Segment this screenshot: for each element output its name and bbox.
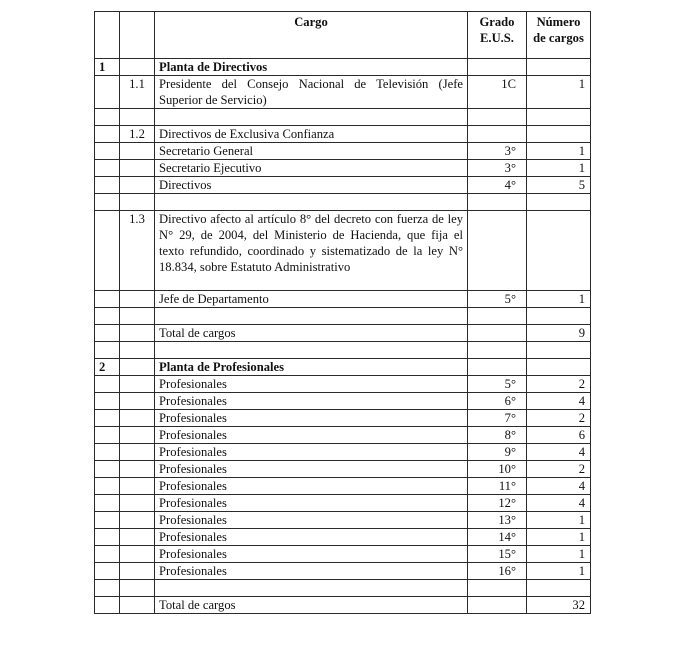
header-numero-cargos: Número de cargos	[527, 12, 591, 59]
numero-cell: 1	[527, 563, 591, 580]
cargo-cell: Profesionales	[155, 529, 468, 546]
numero-cell: 4	[527, 478, 591, 495]
cargo-cell: Profesionales	[155, 563, 468, 580]
numero-cell: 1	[527, 546, 591, 563]
grado-cell: 13°	[468, 512, 527, 529]
grado-cell: 16°	[468, 563, 527, 580]
cargo-cell: Profesionales	[155, 376, 468, 393]
document-page: Cargo Grado E.U.S. Número de cargos 1 Pl…	[94, 11, 591, 614]
blank-row	[95, 342, 591, 359]
section-number: 1	[95, 59, 120, 76]
cargo-cell: Profesionales	[155, 546, 468, 563]
cargo-cell: Profesionales	[155, 478, 468, 495]
cargo-cell: Profesionales	[155, 444, 468, 461]
section-row: 2 Planta de Profesionales	[95, 359, 591, 376]
header-section-number	[95, 12, 120, 59]
table-row: Secretario General 3° 1	[95, 143, 591, 160]
cargo-cell: Profesionales	[155, 393, 468, 410]
numero-cell: 4	[527, 393, 591, 410]
table-row: Secretario Ejecutivo 3° 1	[95, 160, 591, 177]
grado-cell: 5°	[468, 291, 527, 308]
table-header-row: Cargo Grado E.U.S. Número de cargos	[95, 12, 591, 59]
cargo-cell: Profesionales	[155, 461, 468, 478]
grado-cell: 7°	[468, 410, 527, 427]
table-row: Profesionales11°4	[95, 478, 591, 495]
table-row: Profesionales12°4	[95, 495, 591, 512]
subsection-number: 1.3	[120, 211, 155, 291]
blank-row	[95, 308, 591, 325]
subsection-number: 1.2	[120, 126, 155, 143]
numero-cell: 1	[527, 76, 591, 109]
cargo-cell: Secretario Ejecutivo	[155, 160, 468, 177]
grado-cell: 8°	[468, 427, 527, 444]
table-row: Profesionales13°1	[95, 512, 591, 529]
numero-cell: 4	[527, 495, 591, 512]
header-grado: Grado E.U.S.	[468, 12, 527, 59]
table-row: Profesionales5°2	[95, 376, 591, 393]
cargos-table: Cargo Grado E.U.S. Número de cargos 1 Pl…	[94, 11, 591, 614]
numero-cell: 2	[527, 410, 591, 427]
table-row: Jefe de Departamento 5° 1	[95, 291, 591, 308]
grado-cell: 10°	[468, 461, 527, 478]
grado-cell: 3°	[468, 160, 527, 177]
numero-cell: 1	[527, 143, 591, 160]
numero-cell: 1	[527, 160, 591, 177]
subsection-title: Directivo afecto al artículo 8° del decr…	[155, 211, 468, 291]
section-number: 2	[95, 359, 120, 376]
total-value: 9	[527, 325, 591, 342]
subsection-row: 1.2 Directivos de Exclusiva Confianza	[95, 126, 591, 143]
cargo-cell: Secretario General	[155, 143, 468, 160]
numero-cell: 1	[527, 291, 591, 308]
grado-cell: 4°	[468, 177, 527, 194]
cargo-cell: Jefe de Departamento	[155, 291, 468, 308]
table-row: Profesionales9°4	[95, 444, 591, 461]
cargo-cell: Profesionales	[155, 512, 468, 529]
grado-cell: 5°	[468, 376, 527, 393]
table-row: Profesionales15°1	[95, 546, 591, 563]
table-row: Profesionales8°6	[95, 427, 591, 444]
header-subsection-number	[120, 12, 155, 59]
table-row: Profesionales6°4	[95, 393, 591, 410]
table-row: Directivos 4° 5	[95, 177, 591, 194]
grado-cell: 12°	[468, 495, 527, 512]
table-row: Profesionales7°2	[95, 410, 591, 427]
blank-row	[95, 194, 591, 211]
grado-cell: 15°	[468, 546, 527, 563]
subsection-number: 1.1	[120, 76, 155, 109]
cargo-cell: Profesionales	[155, 427, 468, 444]
header-cargo: Cargo	[155, 12, 468, 59]
table-row: Profesionales16°1	[95, 563, 591, 580]
numero-cell: 1	[527, 512, 591, 529]
grado-cell: 3°	[468, 143, 527, 160]
grado-cell: 14°	[468, 529, 527, 546]
total-value: 32	[527, 597, 591, 614]
subsection-row: 1.3 Directivo afecto al artículo 8° del …	[95, 211, 591, 291]
cargo-cell: Profesionales	[155, 410, 468, 427]
total-label: Total de cargos	[155, 597, 468, 614]
numero-cell: 5	[527, 177, 591, 194]
cargo-cell: Profesionales	[155, 495, 468, 512]
grado-cell: 9°	[468, 444, 527, 461]
cargo-cell: Presidente del Consejo Nacional de Telev…	[155, 76, 468, 109]
table-row: Profesionales14°1	[95, 529, 591, 546]
total-row: Total de cargos 32	[95, 597, 591, 614]
total-label: Total de cargos	[155, 325, 468, 342]
profesionales-rows: Profesionales5°2Profesionales6°4Profesio…	[95, 376, 591, 580]
section-row: 1 Planta de Directivos	[95, 59, 591, 76]
blank-row	[95, 109, 591, 126]
cargo-cell: Directivos	[155, 177, 468, 194]
table-row: Profesionales10°2	[95, 461, 591, 478]
section-title: Planta de Directivos	[155, 59, 468, 76]
numero-cell: 6	[527, 427, 591, 444]
total-row: Total de cargos 9	[95, 325, 591, 342]
grado-cell: 1C	[468, 76, 527, 109]
numero-cell: 1	[527, 529, 591, 546]
blank-row	[95, 580, 591, 597]
section-title: Planta de Profesionales	[155, 359, 468, 376]
subsection-title: Directivos de Exclusiva Confianza	[155, 126, 468, 143]
grado-cell: 6°	[468, 393, 527, 410]
numero-cell: 2	[527, 376, 591, 393]
numero-cell: 4	[527, 444, 591, 461]
numero-cell: 2	[527, 461, 591, 478]
grado-cell: 11°	[468, 478, 527, 495]
table-row: 1.1 Presidente del Consejo Nacional de T…	[95, 76, 591, 109]
